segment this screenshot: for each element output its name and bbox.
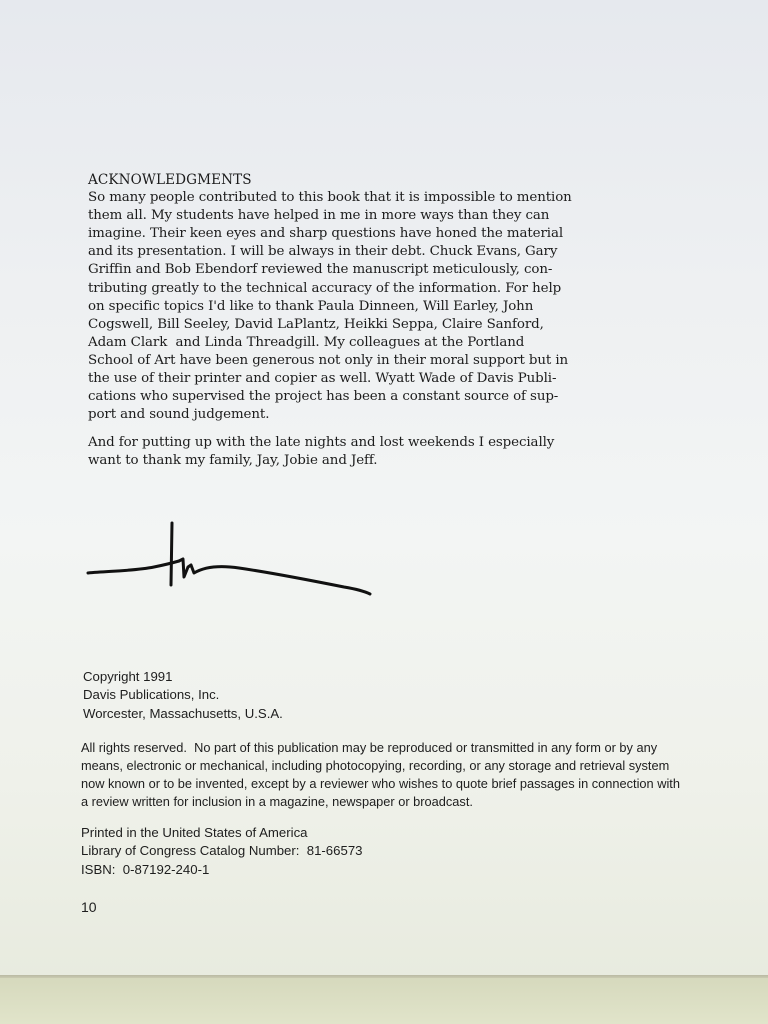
printing-info: Printed in the United States of America … [81,824,362,879]
text-line: Griffin and Bob Ebendorf reviewed the ma… [88,261,648,279]
background-surface [0,978,768,1024]
text-line: the use of their printer and copier as w… [88,370,648,388]
book-page: ACKNOWLEDGMENTS So many people contribut… [0,0,768,977]
copyright-line: Copyright 1991 [83,668,283,686]
text-line: Adam Clark and Linda Threadgill. My coll… [88,334,648,352]
acknowledgments-section: ACKNOWLEDGMENTS So many people contribut… [88,171,648,471]
copyright-block: Copyright 1991 Davis Publications, Inc. … [83,668,283,723]
text-line: on specific topics I'd like to thank Pau… [88,298,648,316]
text-line: them all. My students have helped in me … [88,207,648,225]
text-line: tributing greatly to the technical accur… [88,280,648,298]
text-line: Cogswell, Bill Seeley, David LaPlantz, H… [88,316,648,334]
acknowledgments-paragraph-2: And for putting up with the late nights … [88,434,648,470]
text-line: and its presentation. I will be always i… [88,243,648,261]
text-line: All rights reserved. No part of this pub… [81,739,680,757]
acknowledgments-heading: ACKNOWLEDGMENTS [88,171,648,189]
text-line: means, electronic or mechanical, includi… [81,757,680,775]
isbn-line: ISBN: 0-87192-240-1 [81,861,362,879]
publisher-location-line: Worcester, Massachusetts, U.S.A. [83,705,283,723]
text-line: imagine. Their keen eyes and sharp quest… [88,225,648,243]
text-line: now known or to be invented, except by a… [81,775,680,793]
printed-in-line: Printed in the United States of America [81,824,362,842]
text-line: And for putting up with the late nights … [88,434,648,452]
acknowledgments-paragraph-1: So many people contributed to this book … [88,189,648,424]
text-line: want to thank my family, Jay, Jobie and … [88,452,648,470]
page-number: 10 [81,899,97,915]
text-line: port and sound judgement. [88,406,648,424]
text-line: School of Art have been generous not onl… [88,352,648,370]
rights-notice: All rights reserved. No part of this pub… [81,739,680,811]
catalog-number-line: Library of Congress Catalog Number: 81-6… [81,842,362,860]
publisher-line: Davis Publications, Inc. [83,686,283,704]
signature-icon [84,515,384,605]
text-line: a review written for inclusion in a maga… [81,793,680,811]
text-line: So many people contributed to this book … [88,189,648,207]
text-line: cations who supervised the project has b… [88,388,648,406]
